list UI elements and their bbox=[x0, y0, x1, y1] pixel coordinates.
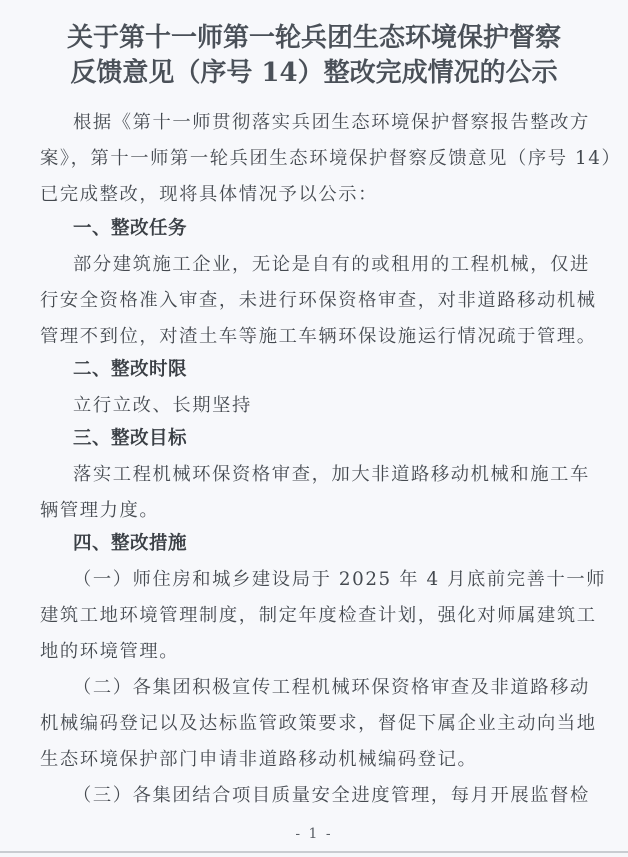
section-measures-line: 生态环境保护部门申请非道路移动机械编码登记。 bbox=[40, 745, 586, 771]
section-measures-line: 机械编码登记以及达标监管政策要求，督促下属企业主动向当地 bbox=[40, 709, 586, 735]
intro-paragraph-line: 案》，第十一师第一轮兵团生态环境保护督察反馈意见（序号 14） bbox=[40, 144, 586, 170]
section-measures-line: （三）各集团结合项目质量安全进度管理，每月开展监督检 bbox=[73, 781, 619, 807]
section-task-line: 行安全资格准入审查，未进行环保资格审查，对非道路移动机械 bbox=[40, 286, 586, 312]
section-heading-task: 一、整改任务 bbox=[73, 214, 619, 240]
document-title-line-1: 关于第十一师第一轮兵团生态环境保护督察 bbox=[0, 17, 628, 54]
section-task-line: 部分建筑施工企业，无论是自有的或租用的工程机械，仅进 bbox=[73, 250, 619, 276]
section-goal-line: 辆管理力度。 bbox=[40, 496, 586, 522]
document-page: 关于第十一师第一轮兵团生态环境保护督察 反馈意见（序号 14）整改完成情况的公示… bbox=[0, 0, 628, 853]
section-heading-goal: 三、整改目标 bbox=[73, 424, 619, 450]
section-measures-line: 建筑工地环境管理制度，制定年度检查计划，强化对师属建筑工 bbox=[40, 601, 586, 627]
intro-paragraph-line: 根据《第十一师贯彻落实兵团生态环境保护督察报告整改方 bbox=[73, 108, 619, 134]
section-heading-measures: 四、整改措施 bbox=[73, 529, 619, 555]
section-deadline-line: 立行立改、长期坚持 bbox=[73, 391, 619, 417]
section-measures-line: （一）师住房和城乡建设局于 2025 年 4 月底前完善十一师 bbox=[73, 565, 619, 591]
intro-paragraph-line: 已完成整改，现将具体情况予以公示： bbox=[40, 180, 586, 206]
section-task-line: 管理不到位，对渣土车等施工车辆环保设施运行情况疏于管理。 bbox=[40, 322, 586, 348]
page-number: - 1 - bbox=[0, 826, 628, 842]
section-measures-line: 地的环境管理。 bbox=[40, 637, 586, 663]
section-measures-line: （二）各集团积极宣传工程机械环保资格审查及非道路移动 bbox=[73, 673, 619, 699]
section-goal-line: 落实工程机械环保资格审查，加大非道路移动机械和施工车 bbox=[73, 460, 619, 486]
section-heading-deadline: 二、整改时限 bbox=[73, 355, 619, 381]
document-title-line-2: 反馈意见（序号 14）整改完成情况的公示 bbox=[0, 52, 628, 89]
